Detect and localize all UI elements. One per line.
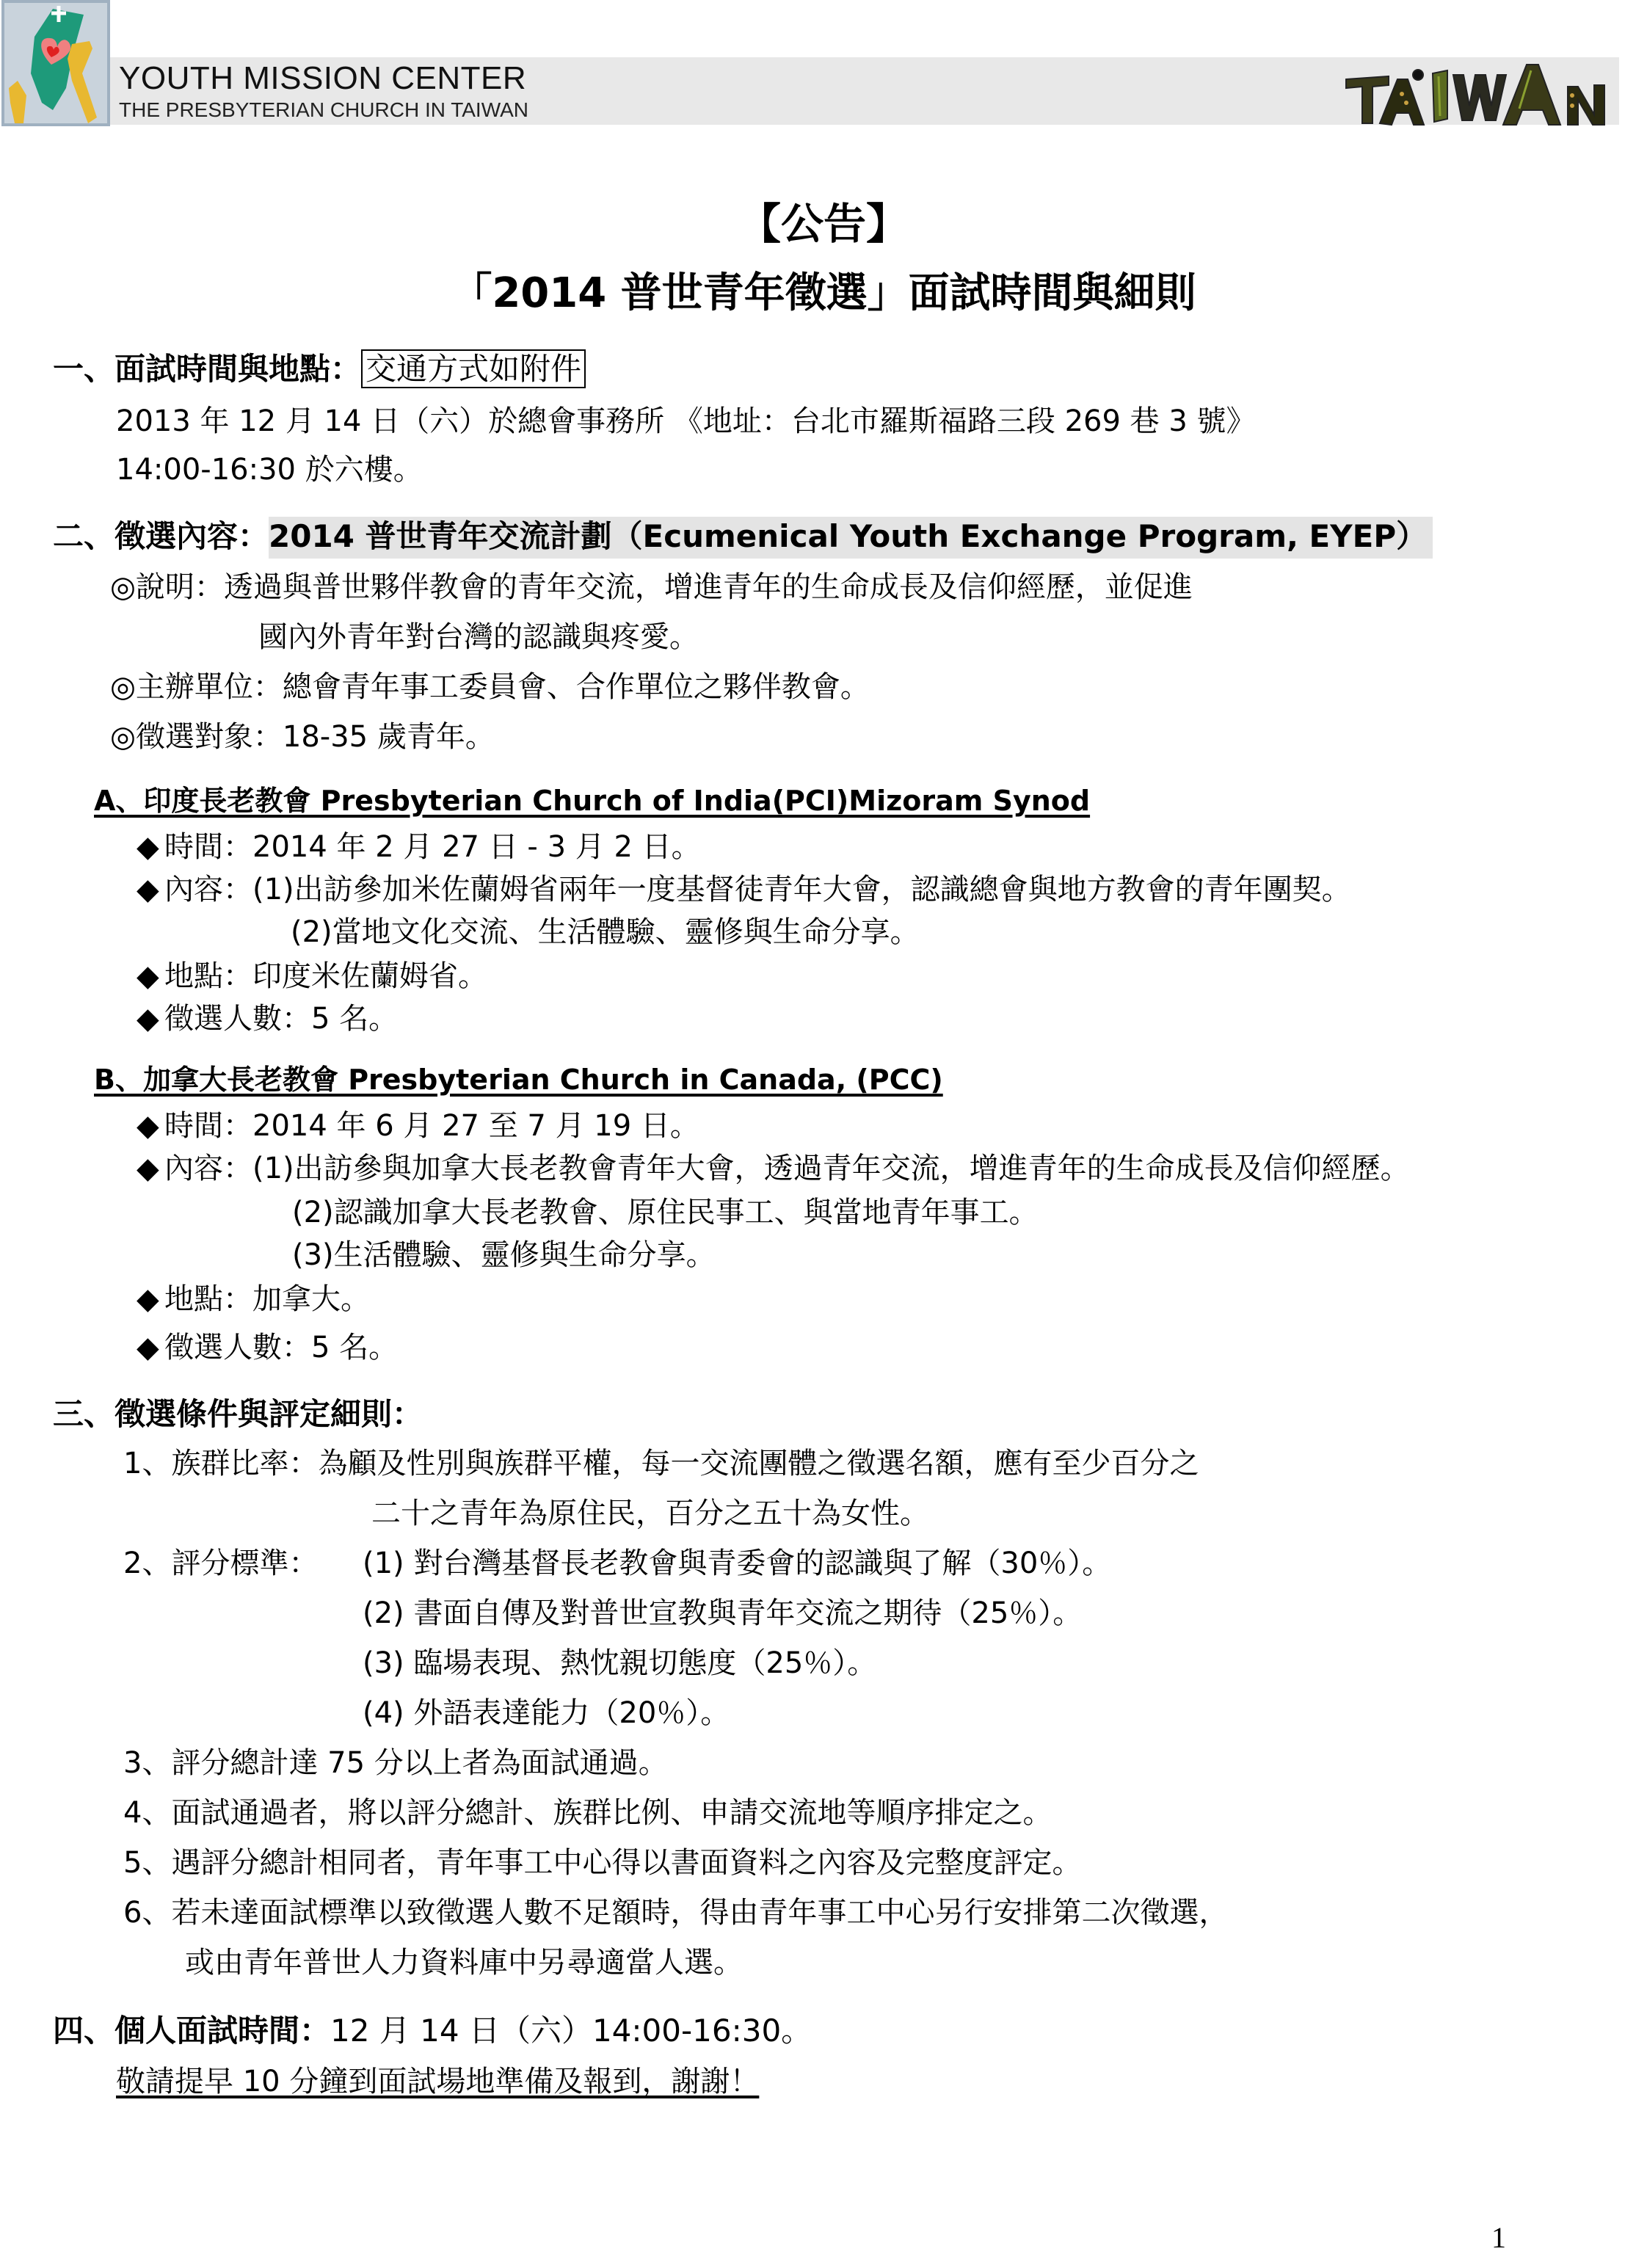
transport-note-box: 交通方式如附件 bbox=[361, 349, 586, 388]
document-title: 「2014 普世青年徵選」面試時間與細則 bbox=[0, 261, 1647, 319]
program-b-title: B、加拿大長老教會 Presbyterian Church in Canada,… bbox=[94, 1057, 943, 1097]
program-name-highlight: 2014 普世青年交流計劃（Ecumenical Youth Exchange … bbox=[269, 517, 1433, 559]
program-a-content-2: (2)當地文化交流、生活體驗、靈修與生命分享。 bbox=[291, 909, 920, 951]
criteria-item-5: 5、遇評分總計相同者，青年事工中心得以書面資料之內容及完整度評定。 bbox=[123, 1839, 1081, 1881]
criteria-item-4: 4、面試通過者，將以評分總計、族群比例、申請交流地等順序排定之。 bbox=[123, 1789, 1052, 1831]
interview-time: 12 月 14 日（六）14:00-16:30。 bbox=[330, 2013, 812, 2049]
criteria-item-6-line2: 或由青年普世人力資料庫中另尋適當人選。 bbox=[185, 1939, 743, 1981]
diamond-bullet-icon: ◆ bbox=[137, 1282, 159, 1316]
scoring-criterion-4: (4) 外語表達能力（20％）。 bbox=[363, 1690, 730, 1731]
program-a-time-text: 時間：2014 年 2 月 27 日 - 3 月 2 日。 bbox=[164, 830, 701, 864]
section2-heading-text: 二、徵選內容： bbox=[53, 518, 269, 554]
diamond-bullet-icon: ◆ bbox=[137, 1109, 159, 1143]
taiwan-logo-icon bbox=[1343, 57, 1615, 128]
criteria-ethnic-ratio-line1: 1、族群比率：為顧及性別與族群平權，每一交流團體之徵選名額，應有至少百分之 bbox=[123, 1440, 1199, 1482]
program-b-content-3: (3)生活體驗、靈修與生命分享。 bbox=[292, 1232, 716, 1273]
section4-heading: 四、個人面試時間：12 月 14 日（六）14:00-16:30。 bbox=[53, 2007, 812, 2051]
program-a-time: ◆時間：2014 年 2 月 27 日 - 3 月 2 日。 bbox=[137, 824, 701, 865]
program-b-quota: ◆徵選人數：5 名。 bbox=[137, 1324, 398, 1366]
diamond-bullet-icon: ◆ bbox=[137, 1331, 159, 1364]
program-b-content: ◆內容：(1)出訪參與加拿大長老教會青年大會，透過青年交流，增進青年的生命成長及… bbox=[137, 1145, 1410, 1187]
section1-datetime-address: 2013 年 12 月 14 日（六）於總會事務所 《地址：台北市羅斯福路三段 … bbox=[116, 398, 1256, 440]
program-b-quota-text: 徵選人數：5 名。 bbox=[164, 1331, 398, 1364]
program-a-quota-text: 徵選人數：5 名。 bbox=[164, 1002, 398, 1036]
program-organizer: ◎主辦單位：總會青年事工委員會、合作單位之夥伴教會。 bbox=[110, 664, 870, 705]
section1-heading-text: 一、面試時間與地點： bbox=[53, 351, 361, 387]
program-b-content-1: 內容：(1)出訪參與加拿大長老教會青年大會，透過青年交流，增進青年的生命成長及信… bbox=[164, 1152, 1410, 1185]
program-b-location: ◆地點：加拿大。 bbox=[137, 1276, 370, 1317]
program-b-content-2: (2)認識加拿大長老教會、原住民事工、與當地青年事工。 bbox=[292, 1189, 1039, 1231]
program-a-content-1: 內容：(1)出訪參加米佐蘭姆省兩年一度基督徒青年大會，認識總會與地方教會的青年團… bbox=[164, 873, 1351, 906]
section3-heading: 三、徵選條件與評定細則： bbox=[53, 1390, 423, 1434]
section4-heading-text: 四、個人面試時間： bbox=[53, 2013, 330, 2049]
scoring-criterion-2: (2) 書面自傳及對普世宣教與青年交流之期待（25％）。 bbox=[363, 1590, 1082, 1632]
program-a-location-text: 地點：印度米佐蘭姆省。 bbox=[164, 959, 487, 993]
program-a-title: A、印度長老教會 Presbyterian Church of India(PC… bbox=[94, 778, 1090, 818]
arrival-note: 敬請提早 10 分鐘到面試場地準備及報到，謝謝！ bbox=[116, 2058, 759, 2100]
section1-time-floor: 14:00-16:30 於六樓。 bbox=[116, 446, 423, 488]
criteria-item-6-line1: 6、若未達面試標準以致徵選人數不足額時，得由青年事工中心另行安排第二次徵選， bbox=[123, 1889, 1228, 1931]
notice-title: 【公告】 bbox=[0, 189, 1647, 251]
diamond-bullet-icon: ◆ bbox=[137, 830, 159, 864]
section1-heading: 一、面試時間與地點：交通方式如附件 bbox=[53, 345, 586, 389]
org-subtitle: THE PRESBYTERIAN CHURCH IN TAIWAN bbox=[119, 98, 528, 122]
diamond-bullet-icon: ◆ bbox=[137, 873, 159, 906]
scoring-criterion-1: (1) 對台灣基督長老教會與青委會的認識與了解（30％）。 bbox=[363, 1540, 1111, 1582]
program-b-location-text: 地點：加拿大。 bbox=[164, 1282, 370, 1316]
page-number: 1 bbox=[1491, 2220, 1506, 2255]
program-target: ◎徵選對象：18-35 歲青年。 bbox=[110, 713, 495, 755]
program-a-content: ◆內容：(1)出訪參加米佐蘭姆省兩年一度基督徒青年大會，認識總會與地方教會的青年… bbox=[137, 866, 1351, 908]
scoring-criterion-3: (3) 臨場表現、熱忱親切態度（25％）。 bbox=[363, 1640, 876, 1682]
program-description-line1: ◎說明：透過與普世夥伴教會的青年交流，增進青年的生命成長及信仰經歷，並促進 bbox=[110, 564, 1193, 606]
youth-mission-logo-icon bbox=[1, 0, 110, 126]
diamond-bullet-icon: ◆ bbox=[137, 1002, 159, 1036]
org-name: YOUTH MISSION CENTER bbox=[119, 60, 526, 97]
section2-heading: 二、徵選內容：2014 普世青年交流計劃（Ecumenical Youth Ex… bbox=[53, 512, 1433, 556]
program-description-line2: 國內外青年對台灣的認識與疼愛。 bbox=[258, 614, 699, 655]
program-a-location: ◆地點：印度米佐蘭姆省。 bbox=[137, 953, 487, 995]
program-b-time-text: 時間：2014 年 6 月 27 至 7 月 19 日。 bbox=[164, 1109, 699, 1143]
scoring-standard-label: 2、評分標準： bbox=[123, 1540, 318, 1582]
criteria-ethnic-ratio-line2: 二十之青年為原住民，百分之五十為女性。 bbox=[371, 1490, 929, 1532]
criteria-item-3: 3、評分總計達 75 分以上者為面試通過。 bbox=[123, 1740, 668, 1781]
diamond-bullet-icon: ◆ bbox=[137, 1152, 159, 1185]
program-b-time: ◆時間：2014 年 6 月 27 至 7 月 19 日。 bbox=[137, 1102, 699, 1144]
diamond-bullet-icon: ◆ bbox=[137, 959, 159, 993]
program-a-quota: ◆徵選人數：5 名。 bbox=[137, 995, 398, 1037]
